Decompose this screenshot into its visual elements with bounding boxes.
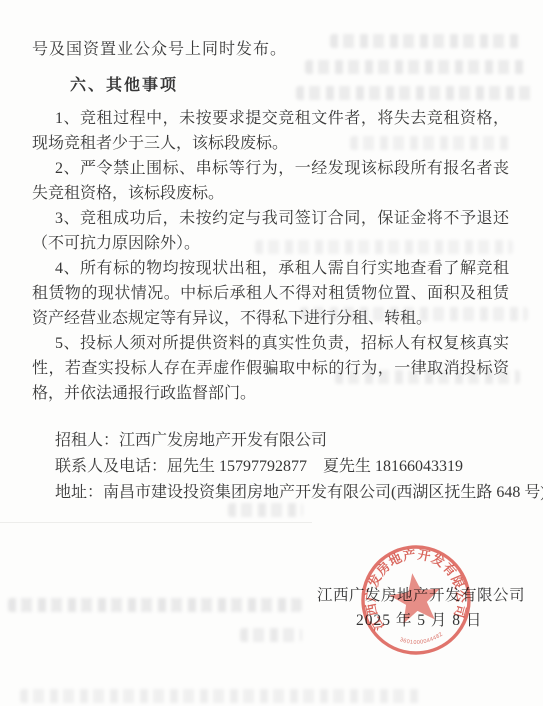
clause-5: 5、投标人须对所提供资料的真实性负责，招标人有权复核真实性，若查实投标人存在弄虚…: [32, 331, 509, 406]
clauses-block: 1、竞租过程中，未按要求提交竞租文件者，将失去竞租资格，现场竞租者少于三人，该标…: [32, 106, 509, 406]
address-line: 地址：南昌市建设投资集团房地产开发有限公司(西湖区抚生路 648 号): [55, 480, 525, 506]
bleed-through-mark: [305, 60, 527, 74]
clause-1: 1、竞租过程中，未按要求提交竞租文件者，将失去竞租资格，现场竞租者少于三人，该标…: [32, 106, 509, 156]
bleed-through-mark: [330, 34, 522, 48]
clause-3: 3、竞租成功后，未按约定与我司签订合同，保证金将不予退还（不可抗力原因除外）。: [32, 206, 509, 256]
bleed-through-mark: [8, 598, 302, 612]
clause-2: 2、严令禁止围标、串标等行为，一经发现该标段所有报名者丧失竞租资格，该标段废标。: [32, 156, 509, 206]
lessor-line: 招租人：江西广发房地产开发有限公司: [55, 428, 525, 454]
bleed-through-mark: [240, 628, 302, 642]
contact-phone-line: 联系人及电话：屈先生 15797792877 夏先生 18166043319: [55, 454, 525, 480]
scanned-document-page: 号及国资置业公众号上同时发布。 六、其他事项 1、竞租过程中，未按要求提交竞租文…: [0, 0, 543, 706]
seal-serial-number: 3601000044482: [398, 631, 445, 649]
signature-date: 2025 年 5 月 8 日: [356, 608, 482, 630]
clause-4: 4、所有标的物均按现状出租，承租人需自行实地查看了解竞租租赁物的现状情况。中标后…: [32, 256, 509, 331]
bleed-through-mark: [296, 86, 532, 100]
contact-block: 招租人：江西广发房地产开发有限公司 联系人及电话：屈先生 15797792877…: [55, 428, 525, 506]
bleed-through-mark: [20, 689, 420, 703]
intro-line: 号及国资置业公众号上同时发布。: [32, 36, 287, 59]
scan-fold-line: [0, 522, 312, 523]
signature-company: 江西广发房地产开发有限公司: [317, 583, 525, 605]
section-heading: 六、其他事项: [70, 72, 178, 95]
